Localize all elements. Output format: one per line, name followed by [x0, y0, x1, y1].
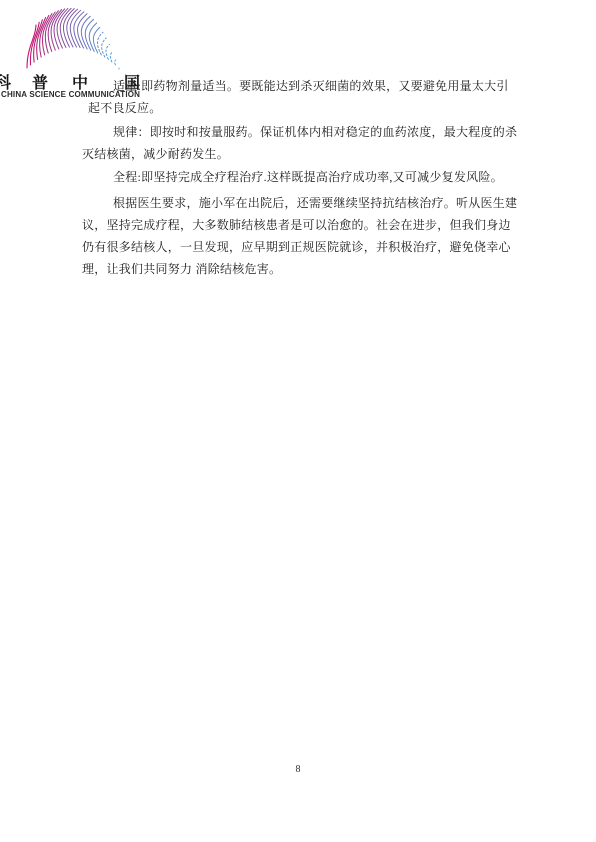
body-line: 规律：即按时和按量服药。保证机体内相对稳定的血药浓度，最大程度的杀	[113, 125, 517, 139]
body-line: 理，让我们共同努力 消除结核危害。	[82, 262, 281, 276]
body-line: 适量:即药物剂量适当。要既能达到杀灭细菌的效果，又要避免用量太大引	[113, 79, 509, 93]
document-page: 科 普 中 国 CHINA SCIENCE COMMUNICATION 适量:即…	[0, 0, 596, 842]
page-number: 8	[0, 764, 596, 775]
body-line: 仍有很多结核人，一旦发现，应早期到正规医院就诊，并积极治疗，避免侥幸心	[82, 240, 511, 254]
body-line: 根据医生要求，施小军在出院后，还需要继续坚持抗结核治疗。听从医生建	[113, 196, 517, 210]
body-line: 议，坚持完成疗程，大多数肺结核患者是可以治愈的。社会在进步，但我们身边	[82, 218, 511, 232]
body-line: 全程:即坚持完成全疗程治疗.这样既提高治疗成功率,又可减少复发风险。	[113, 170, 503, 184]
body-line: 起不良反应。	[88, 101, 162, 115]
body-line: 灭结核菌，减少耐药发生。	[82, 147, 229, 161]
logo-swoosh-icon	[2, 1, 132, 81]
